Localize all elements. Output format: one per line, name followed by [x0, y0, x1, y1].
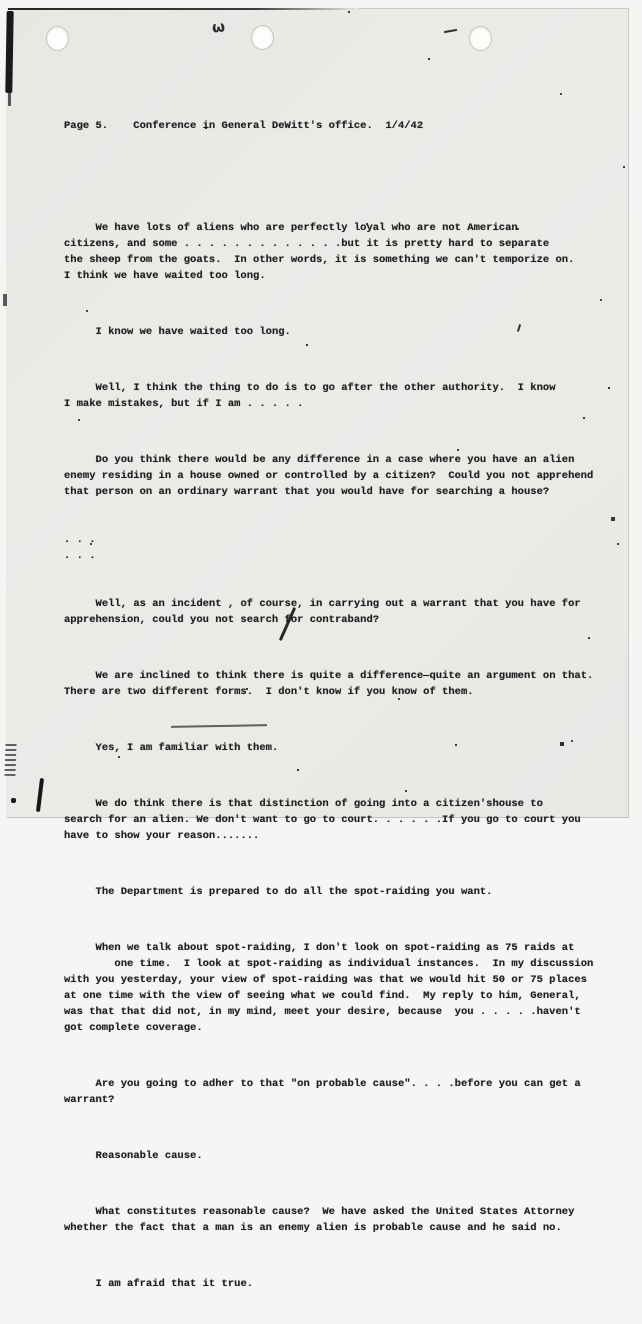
dialogue-paragraph: I know we have waited too long.: [64, 324, 616, 340]
scan-dot-bottom-left: [11, 798, 16, 803]
dialogue-paragraph: We do think there is that distinction of…: [64, 796, 616, 828]
scan-smudge-left-middle: [3, 294, 7, 306]
punch-hole-right: [470, 27, 491, 50]
scan-smudge-top-left-tail: [8, 93, 11, 106]
ellipsis-lines: . . . . . .: [64, 532, 616, 564]
scan-smudge-bottom-left: [4, 742, 16, 776]
dialogue-paragraph: We are inclined to think there is quite …: [64, 668, 616, 700]
dialogue-paragraph: Yes, I am familiar with them.: [64, 740, 616, 756]
page-title: Page 5. Conference in General DeWitt's o…: [64, 118, 616, 134]
dialogue-paragraph: Well, I think the thing to do is to go a…: [64, 380, 616, 412]
punch-hole-left: [47, 27, 68, 50]
toner-specks: [0, 0, 2, 2]
dialogue-paragraph: We have lots of aliens who are perfectly…: [64, 220, 616, 284]
dialogue-paragraph: Well, as an incident , of course, in car…: [64, 596, 616, 628]
handwritten-squiggle-mark: ω: [211, 17, 226, 36]
punch-hole-center: [252, 26, 273, 49]
document-text: Page 5. Conference in General DeWitt's o…: [64, 86, 616, 828]
scan-smudge-top-left: [5, 11, 13, 93]
scanned-document-page: ω Page 5. Conference in General DeWitt's…: [0, 0, 642, 828]
scan-edge-right: [628, 9, 629, 817]
scan-edge-top-faint: [358, 8, 629, 9]
scan-edge-top: [8, 8, 360, 10]
dialogue-paragraph: Do you think there would be any differen…: [64, 452, 616, 500]
